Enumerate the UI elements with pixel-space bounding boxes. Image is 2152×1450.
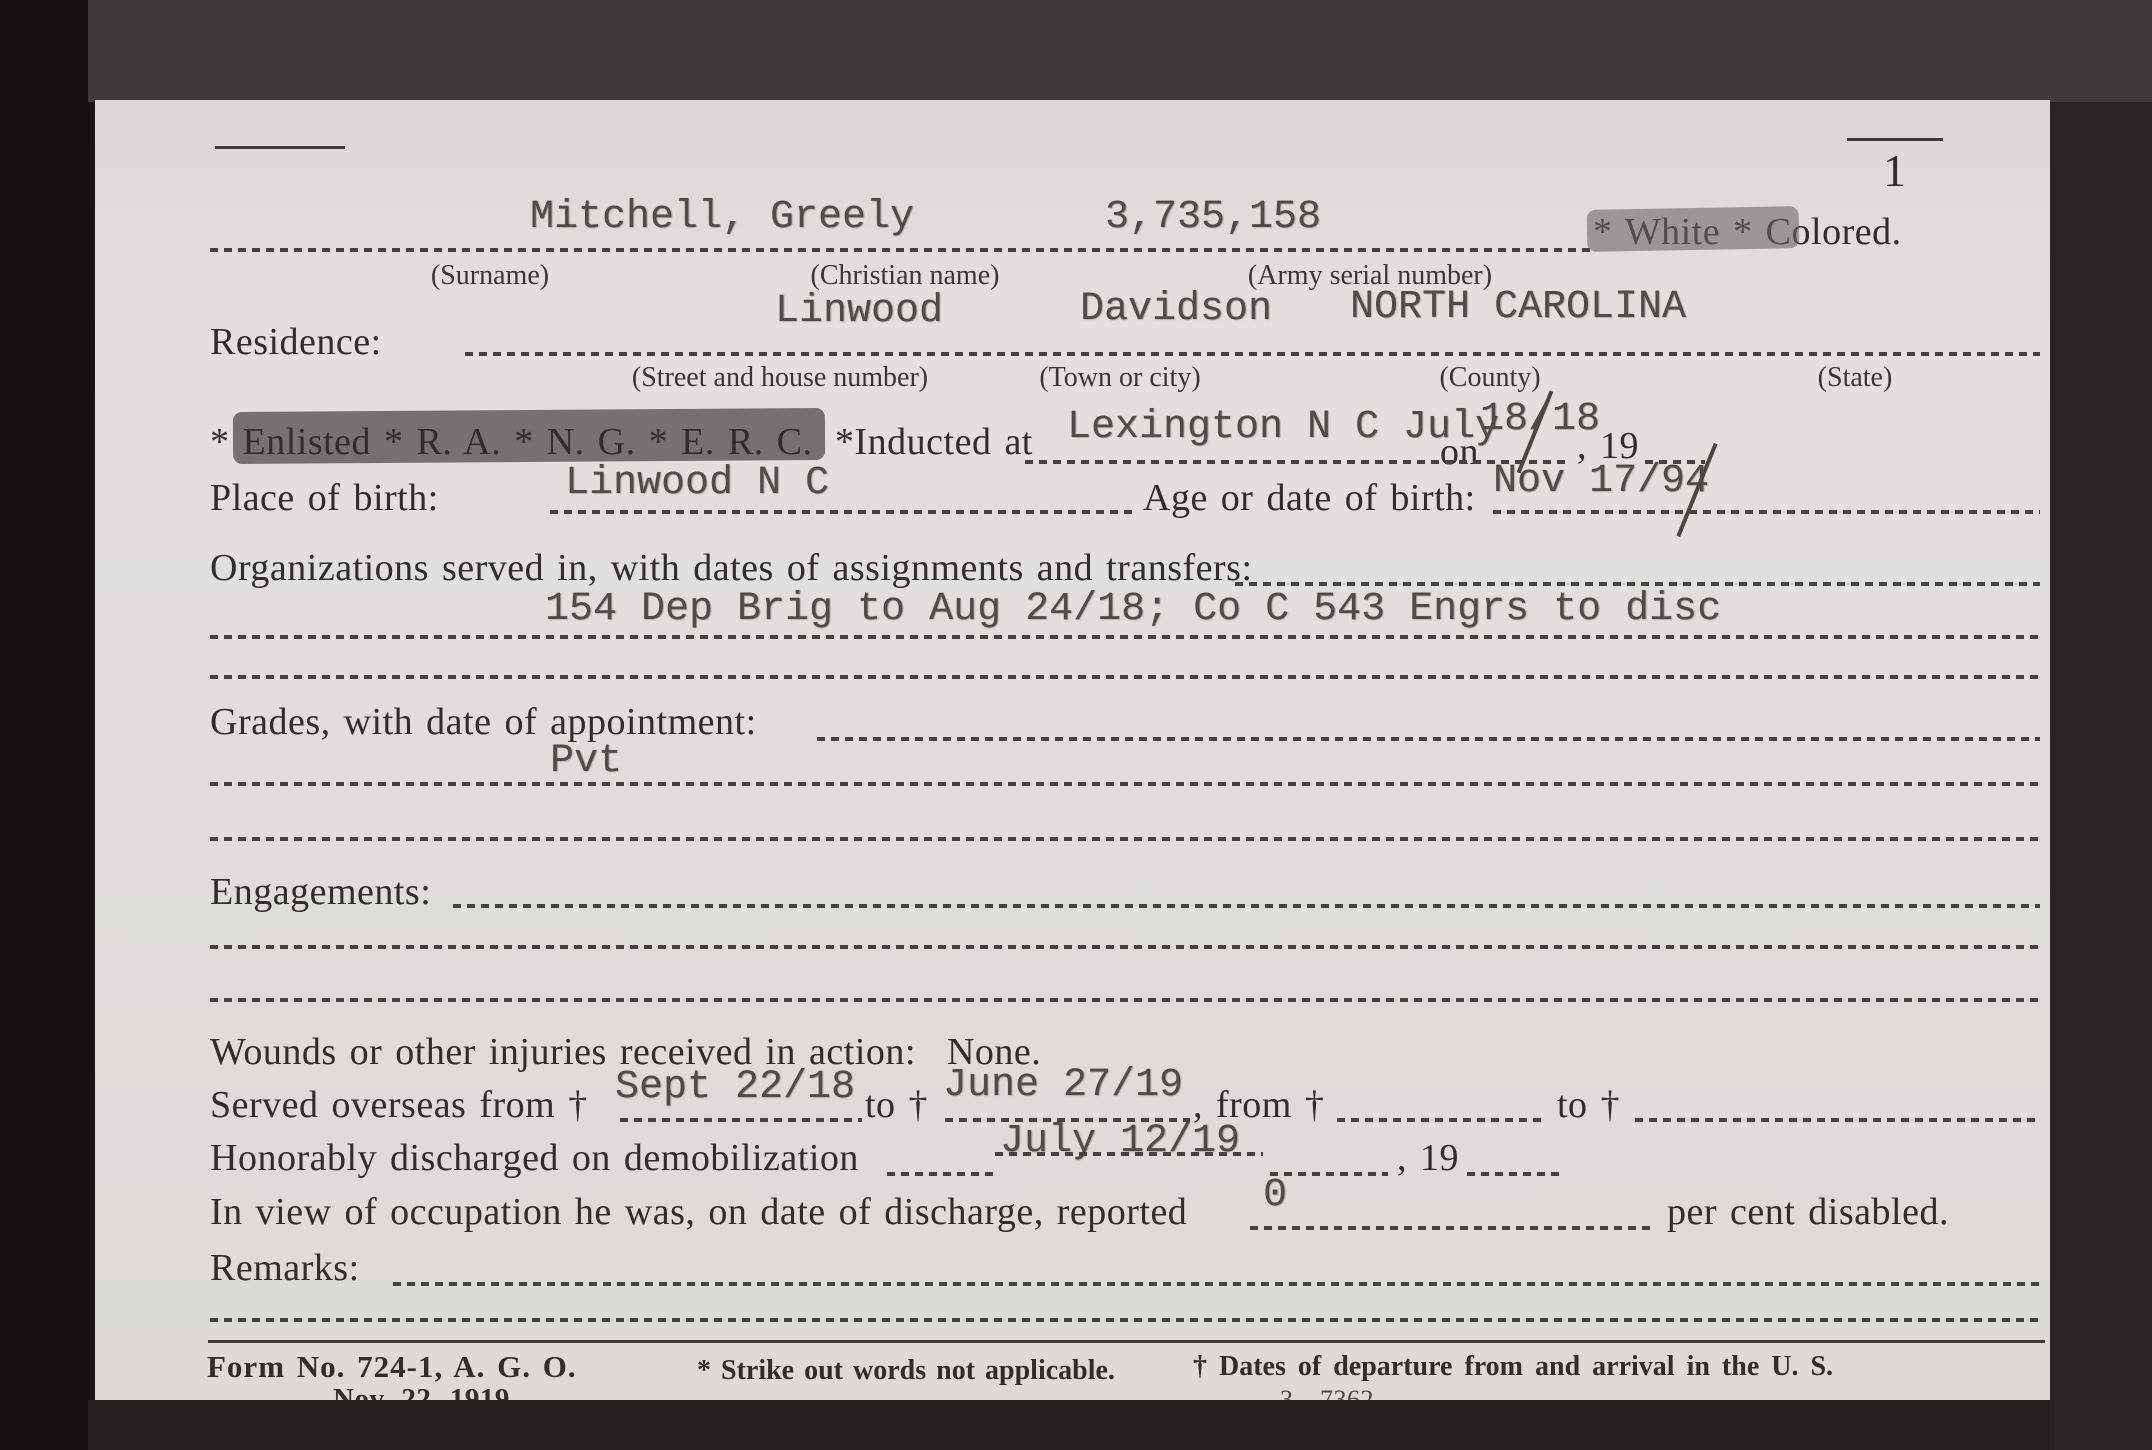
discharged-rule-2: [1270, 1172, 1388, 1176]
state-label: (State): [1755, 362, 1955, 394]
inducted-rule: [1025, 460, 1570, 464]
surname-label: (Surname): [395, 260, 585, 292]
overseas-from1-value: Sept 22/18: [615, 1068, 855, 1108]
residence-label: Residence:: [210, 322, 382, 364]
inducted-at-label: *Inducted at: [835, 422, 1033, 464]
grades-rule-2: [210, 782, 2040, 786]
scan-top-band: [88, 0, 2152, 102]
discharged-year-rule: [1467, 1172, 1562, 1176]
overseas-from2-rule: [1337, 1118, 1542, 1122]
surname-value: Mitchell, Greely: [530, 198, 914, 238]
age-value: Nov 17/94: [1493, 462, 1709, 502]
residence-rule: [465, 352, 2040, 356]
disability-value: 0: [1263, 1176, 1287, 1216]
scan-right-band: [2050, 102, 2152, 1450]
birth-place-rule: [550, 510, 1135, 514]
discharged-strike: [995, 1152, 1263, 1156]
serial-value: 3,735,158: [1105, 198, 1321, 238]
tick-line-right: [1847, 138, 1943, 141]
scan-left-strip: [0, 0, 90, 1450]
county-label: (County): [1390, 362, 1590, 394]
organizations-rule-3: [210, 675, 2040, 679]
street-label: (Street and house number): [630, 362, 930, 394]
disability-suffix: per cent disabled.: [1667, 1192, 1949, 1234]
served-overseas-label: Served overseas from †: [210, 1085, 588, 1127]
discharged-year-label: , 19: [1397, 1138, 1459, 1180]
footnote-strike-out: * Strike out words not applicable.: [697, 1356, 1115, 1387]
strike-mark-enlisted: [233, 408, 825, 464]
discharged-rule-1: [887, 1172, 997, 1176]
overseas-to1-label: to †: [865, 1085, 928, 1127]
footnote-dagger: † Dates of departure from and arrival in…: [1193, 1352, 1833, 1383]
print-code: 3—7362: [1280, 1386, 1374, 1400]
place-of-birth-label: Place of birth:: [210, 478, 439, 520]
overseas-from1-rule: [620, 1118, 862, 1122]
inducted-place-value: Lexington N C July: [1067, 408, 1499, 448]
residence-county-value: Davidson: [1080, 290, 1272, 330]
strike-mark-white: [1587, 206, 1800, 252]
remarks-rule: [393, 1282, 2040, 1286]
tick-line-left: [215, 146, 345, 149]
service-record-card: 1 Mitchell, Greely 3,735,158 * White * C…: [95, 100, 2050, 1400]
engagements-label: Engagements:: [210, 872, 431, 914]
organizations-rule-2: [210, 635, 2040, 639]
age-label: Age or date of birth:: [1143, 478, 1476, 520]
disability-rule: [1250, 1226, 1650, 1230]
scanned-document: 1 Mitchell, Greely 3,735,158 * White * C…: [0, 0, 2152, 1450]
age-rule: [1493, 510, 2040, 514]
form-number: Form No. 724-1, A. G. O.: [207, 1350, 577, 1384]
remarks-label: Remarks:: [210, 1248, 360, 1290]
place-of-birth-value: Linwood N C: [565, 464, 829, 504]
engagements-rule-3: [210, 998, 2040, 1002]
residence-town-value: Linwood: [775, 292, 943, 332]
overseas-to2-label: to †: [1557, 1085, 1620, 1127]
organizations-rule-1: [1235, 582, 2040, 586]
town-label: (Town or city): [995, 362, 1245, 394]
engagements-rule-2: [210, 945, 2040, 949]
form-date: Nov. 22, 1919.: [333, 1384, 518, 1400]
disability-label: In view of occupation he was, on date of…: [210, 1192, 1187, 1234]
discharged-label: Honorably discharged on demobilization: [210, 1138, 859, 1180]
page-number: 1: [1883, 146, 1907, 197]
grades-label: Grades, with date of appointment:: [210, 702, 757, 744]
christian-name-label: (Christian name): [780, 260, 1030, 292]
bottom-dotted-rule: [210, 1318, 2042, 1322]
name-rule: [210, 248, 1592, 252]
overseas-to1-value: June 27/19: [943, 1066, 1183, 1106]
overseas-to2-rule: [1635, 1118, 2037, 1122]
grades-rule-1: [817, 737, 2040, 741]
grades-rule-3: [210, 837, 2040, 841]
bottom-solid-rule: [208, 1340, 2045, 1343]
engagements-rule-1: [453, 904, 2040, 908]
organizations-value: 154 Dep Brig to Aug 24/18; Co C 543 Engr…: [545, 590, 1721, 630]
residence-state-value: NORTH CAROLINA: [1350, 288, 1686, 328]
scan-bottom-band: [88, 1400, 2050, 1450]
organizations-label: Organizations served in, with dates of a…: [210, 548, 1253, 590]
discharged-date-value: July 12/19: [1000, 1122, 1240, 1162]
grades-value: Pvt: [550, 742, 622, 782]
